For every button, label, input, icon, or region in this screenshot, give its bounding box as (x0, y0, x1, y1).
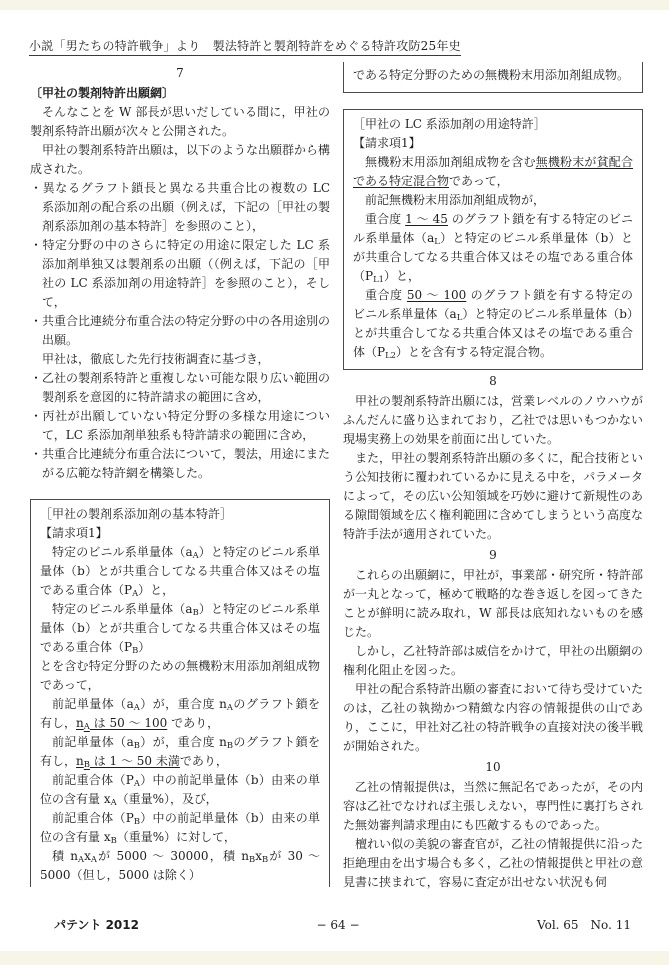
claim-label: 【請求項1】 (40, 524, 320, 543)
paragraph: 前記無機粉末用添加剤組成物が， (353, 191, 633, 210)
paragraph: 檀れい似の美貌の審査官が，乙社の情報提供に沿った拒絶理由を出す場合も多く，乙社の… (343, 835, 643, 892)
bullet-item: ・丙社が出願していない特定分野の多様な用途について，LC 系添加剤単独系も特許請… (30, 407, 330, 445)
paragraph: である特定分野のための無機粉末用添加剤組成物。 (353, 66, 633, 85)
claim-box: である特定分野のための無機粉末用添加剤組成物。 (343, 62, 643, 93)
bullet-item: ・異なるグラフト鎖長と異なる共重合比の複数の LC 系添加剤の配合系の出願（例え… (30, 179, 330, 236)
document-page: 小説「男たちの特許戦争」より 製法特許と製剤特許をめぐる特許攻防25年史 7〔甲… (0, 0, 669, 965)
claim-label: 【請求項1】 (353, 134, 633, 153)
scan-edge-top (0, 0, 669, 10)
scan-edge-bottom (0, 951, 669, 965)
section-heading: 〔甲社の製剤特許出願網〕 (30, 84, 330, 103)
bullet-item: ・乙社の製剤系特許と重複しない可能な限り広い範囲の製剤系を意図的に特許請求の範囲… (30, 369, 330, 407)
paragraph: 特定のビニル系単量体（aB）と特定のビニル系単量体（b）とが共重合してなる共重合… (40, 600, 320, 657)
paragraph: 重合度 1 〜 45 のグラフト鎖を有する特定のビニル系単量体（aL）と特定のビ… (353, 210, 633, 286)
paragraph: そんなことを W 部長が思いだしている間に，甲社の製剤系特許出願が次々と公開され… (30, 103, 330, 141)
section-number: 9 (343, 546, 643, 565)
page-footer: パテント 2012 − 64 − Vol. 65 No. 11 (30, 916, 639, 933)
running-header-text: 小説「男たちの特許戦争」より 製法特許と製剤特許をめぐる特許攻防25年史 (29, 39, 461, 56)
paragraph: 乙社の情報提供は，当然に無記名であったが，その内容は乙社でなければ主張しえない，… (343, 778, 643, 835)
paragraph: 甲社は，徹底した先行技術調査に基づき， (30, 350, 330, 369)
footer-volume-number: Vol. 65 No. 11 (537, 916, 631, 933)
footer-journal-name: パテント 2012 (54, 916, 139, 933)
paragraph: 前記単量体（aA）が，重合度 nAのグラフト鎖を有し，nA は 50 〜 100… (40, 695, 320, 733)
paragraph: 積 nAxAが 5000 〜 30000，積 nBxBが 30 〜 5000（但… (40, 847, 320, 885)
paragraph: しかし，乙社特許部は威信をかけて，甲社の出願網の権利化阻止を図った。 (343, 642, 643, 680)
running-header: 小説「男たちの特許戦争」より 製法特許と製剤特許をめぐる特許攻防25年史 (29, 37, 639, 54)
paragraph: 重合度 50 〜 100 のグラフト鎖を有する特定のビニル系単量体（aL）と特定… (353, 286, 633, 362)
footer-page-number: − 64 − (317, 918, 360, 932)
paragraph: とを含む特定分野のための無機粉末用添加剤組成物であって， (40, 657, 320, 695)
paragraph: また，甲社の製剤系特許出願の多くに，配合技術という公知技術に覆われているかに見え… (343, 449, 643, 544)
paragraph: 特定のビニル系単量体（aA）と特定のビニル系単量体（b）とが共重合してなる共重合… (40, 543, 320, 600)
paragraph: 前記重合体（PA）中の前記単量体（b）由来の単位の含有量 xA（重量%），及び， (40, 771, 320, 809)
claim-box: ［甲社の LC 系添加剤の用途特許］【請求項1】無機粉末用添加剤組成物を含む無機… (343, 109, 643, 370)
paragraph: 無機粉末用添加剤組成物を含む無機粉末が貧配合である特定混合物であって， (353, 153, 633, 191)
box-title: ［甲社の製剤系添加剤の基本特許］ (40, 505, 320, 524)
bullet-item: ・共重合比連続分布重合法について，製法，用途にまたがる広範な特許網を構築した。 (30, 445, 330, 483)
bullet-item: ・特定分野の中のさらに特定の用途に限定した LC 系添加剤単独又は製剤系の出願（… (30, 236, 330, 312)
right-column: である特定分野のための無機粉末用添加剤組成物。［甲社の LC 系添加剤の用途特許… (343, 62, 643, 895)
paragraph: これらの出願網に，甲社が，事業部・研究所・特許部が一丸となって，極めて戦略的な巻… (343, 566, 643, 642)
paragraph: 前記単量体（aB）が，重合度 nBのグラフト鎖を有し，nB は 1 〜 50 未… (40, 733, 320, 771)
box-title: ［甲社の LC 系添加剤の用途特許］ (353, 115, 633, 134)
bullet-item: ・共重合比連続分布重合法の特定分野の中の各用途別の出願。 (30, 312, 330, 350)
section-number: 8 (343, 372, 643, 391)
paragraph: 甲社の配合系特許出願の審査において待ち受けていたのは，乙社の執拗かつ精緻な内容の… (343, 680, 643, 756)
claim-box: ［甲社の製剤系添加剤の基本特許］【請求項1】特定のビニル系単量体（aA）と特定の… (30, 499, 330, 887)
paragraph: 甲社の製剤系特許出願には，営業レベルのノウハウがふんだんに盛り込まれており，乙社… (343, 392, 643, 449)
article-body: 7〔甲社の製剤特許出願網〕そんなことを W 部長が思いだしている間に，甲社の製剤… (30, 62, 643, 895)
paragraph: 甲社の製剤系特許出願は，以下のような出願群から構成された。 (30, 141, 330, 179)
left-column: 7〔甲社の製剤特許出願網〕そんなことを W 部長が思いだしている間に，甲社の製剤… (30, 62, 330, 895)
paragraph: 前記重合体（PB）中の前記単量体（b）由来の単位の含有量 xB（重量%）に対して… (40, 809, 320, 847)
section-number: 10 (343, 758, 643, 777)
section-number: 7 (30, 64, 330, 83)
